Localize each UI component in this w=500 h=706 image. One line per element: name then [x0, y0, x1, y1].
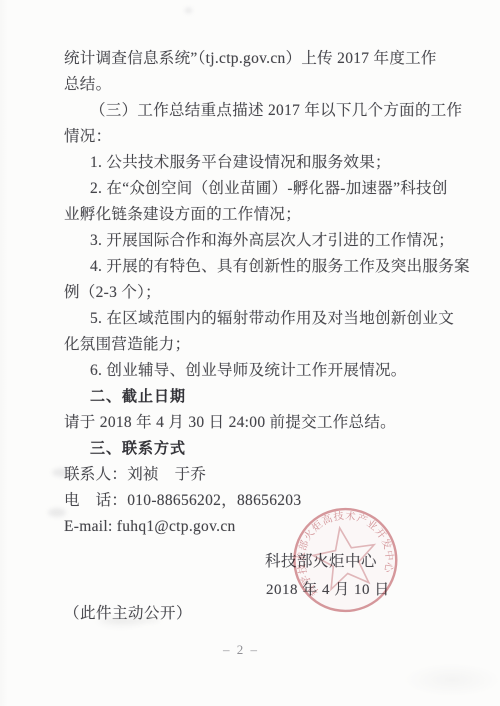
signature-org: 科技部火炬中心	[265, 549, 377, 571]
body-line: 情况：	[64, 124, 446, 150]
body-line: 5. 在区域范围内的辐射带动作用及对当地创新创业文	[64, 306, 446, 332]
body-line: 请于 2018 年 4 月 30 日 24:00 前提交工作总结。	[64, 410, 446, 436]
body-line: 总结。	[64, 72, 446, 98]
body-line: E-mail: fuhq1@ctp.gov.cn	[64, 514, 446, 540]
body-line: 联系人：刘祯 于乔	[64, 462, 446, 488]
body-line: 业孵化链条建设方面的工作情况；	[64, 202, 446, 228]
disclosure-note: （此件主动公开）	[64, 601, 192, 623]
signature-date: 2018 年 4 月 10 日	[266, 578, 390, 599]
body-line: 化氛围营造能力；	[64, 332, 446, 358]
section-heading: 三、联系方式	[64, 436, 446, 462]
document-body: 统计调查信息系统”（tj.ctp.gov.cn）上传 2017 年度工作总结。（…	[64, 46, 446, 540]
body-line: 1. 公共技术服务平台建设情况和服务效果；	[64, 150, 446, 176]
page-number: – 2 –	[0, 642, 482, 658]
scan-smudge	[185, 8, 192, 13]
body-line: 电 话：010-88656202，88656203	[64, 488, 446, 514]
scanned-document-page: 统计调查信息系统”（tj.ctp.gov.cn）上传 2017 年度工作总结。（…	[0, 0, 500, 706]
body-line: 6. 创业辅导、创业导师及统计工作开展情况。	[64, 358, 446, 384]
body-line: 例（2-3 个）；	[64, 280, 446, 306]
body-line: （三）工作总结重点描述 2017 年以下几个方面的工作	[64, 98, 446, 124]
body-line: 2. 在“众创空间（创业苗圃）-孵化器-加速器”科技创	[64, 176, 446, 202]
section-heading: 二、截止日期	[64, 384, 446, 410]
body-line: 4. 开展的有特色、具有创新性的服务工作及突出服务案	[64, 254, 446, 280]
body-line: 3. 开展国际合作和海外高层次人才引进的工作情况；	[64, 228, 446, 254]
body-line: 统计调查信息系统”（tj.ctp.gov.cn）上传 2017 年度工作	[64, 46, 446, 72]
